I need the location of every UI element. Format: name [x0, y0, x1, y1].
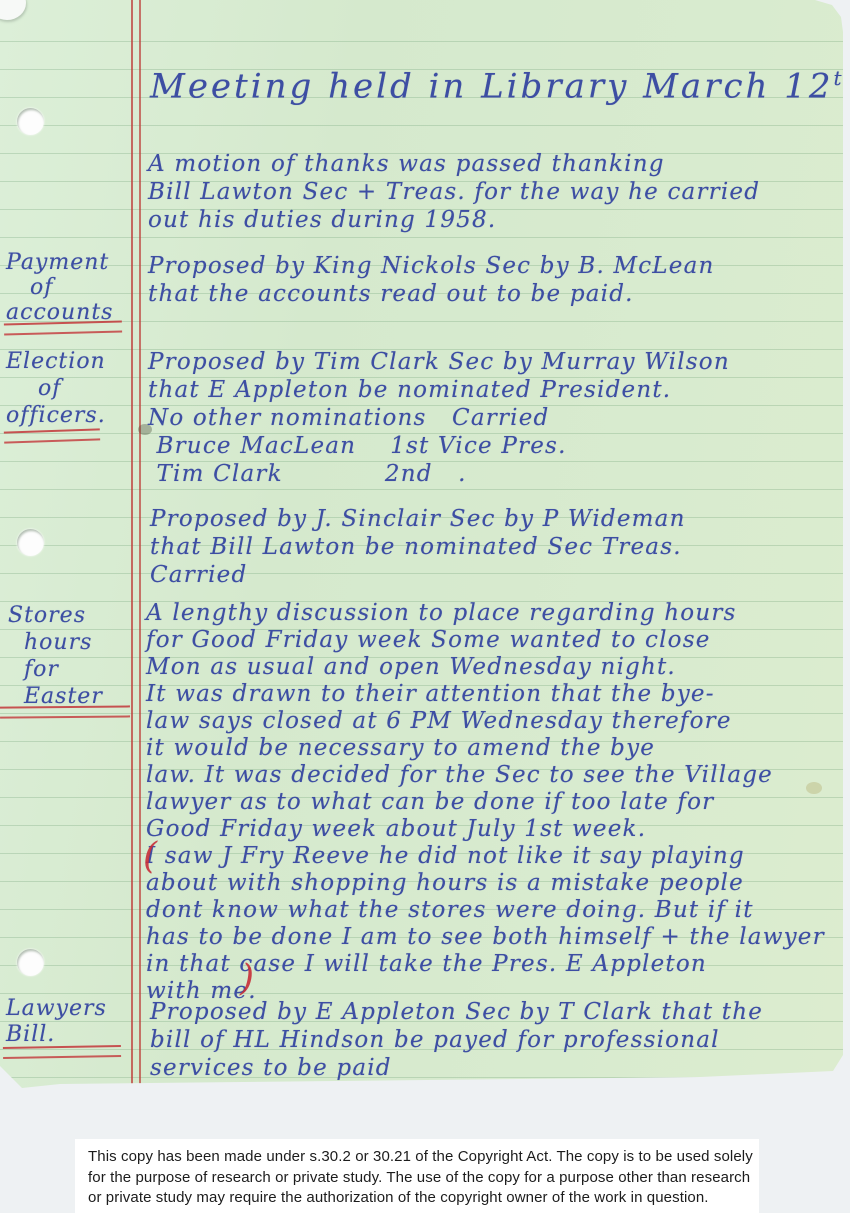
- text-line: Lawyers: [6, 996, 107, 1022]
- text-line: or private study may require the authori…: [88, 1188, 759, 1209]
- red-close-paren: ): [240, 958, 254, 999]
- text-line: lawyer as to what can be done if too lat…: [146, 789, 825, 816]
- text-line: for the purpose of research or private s…: [88, 1168, 759, 1189]
- text-line: dont know what the stores were doing. Bu…: [146, 897, 825, 924]
- margin-note-election-of-officers: Election ofofficers.: [6, 348, 106, 429]
- text-line: has to be done I am to see both himself …: [146, 924, 825, 951]
- punch-hole: [17, 949, 44, 976]
- margin-note-payment-of-accounts: Payment ofaccounts: [6, 250, 113, 325]
- text-line: officers.: [6, 402, 106, 429]
- text-line: Proposed by E Appleton Sec by T Clark th…: [150, 998, 763, 1026]
- section-election-of-officers: Proposed by Tim Clark Sec by Murray Wils…: [148, 348, 730, 488]
- section-lawyers-bill: Proposed by E Appleton Sec by T Clark th…: [150, 998, 763, 1082]
- title-superscript: th: [833, 66, 850, 90]
- text-line: Carried: [150, 561, 686, 589]
- text-line: Bill.: [6, 1022, 107, 1048]
- text-line: bill of HL Hindson be payed for professi…: [150, 1026, 763, 1054]
- text-line: Payment: [6, 250, 113, 275]
- page-title: Meeting held in Library March 12th 1959.: [150, 66, 850, 106]
- text-line: of: [6, 275, 113, 300]
- text-line: It was drawn to their attention that the…: [146, 681, 825, 708]
- section-stores-hours-for-easter: A lengthy discussion to place regarding …: [146, 600, 825, 1005]
- text-line: services to be paid: [150, 1054, 763, 1082]
- red-margin-line: [131, 0, 141, 1090]
- text-line: Stores: [8, 602, 103, 629]
- section-sec-treas-nomination: Proposed by J. Sinclair Sec by P Wideman…: [150, 505, 686, 589]
- text-line: Proposed by Tim Clark Sec by Murray Wils…: [148, 348, 730, 376]
- text-line: Election: [6, 348, 106, 375]
- text-line: Good Friday week about July 1st week.: [146, 816, 825, 843]
- text-line: Bruce MacLean 1st Vice Pres.: [148, 432, 730, 460]
- text-line: law. It was decided for the Sec to see t…: [146, 762, 825, 789]
- notebook-paper: Meeting held in Library March 12th 1959.…: [0, 0, 850, 1090]
- text-line: for: [8, 656, 103, 683]
- red-underline: [0, 705, 130, 718]
- text-line: I saw J Fry Reeve he did not like it say…: [146, 843, 825, 870]
- text-line: law says closed at 6 PM Wednesday theref…: [146, 708, 825, 735]
- text-line: hours: [8, 629, 103, 656]
- margin-note-lawyers-bill: LawyersBill.: [6, 996, 107, 1048]
- text-line: of: [6, 375, 106, 402]
- scanned-page: Meeting held in Library March 12th 1959.…: [0, 0, 850, 1213]
- text-line: A motion of thanks was passed thanking: [148, 150, 760, 178]
- section-motion-of-thanks: A motion of thanks was passed thankingBi…: [148, 150, 760, 234]
- text-line: that E Appleton be nominated President.: [148, 376, 730, 404]
- text-line: Tim Clark 2nd .: [148, 460, 730, 488]
- text-line: it would be necessary to amend the bye: [146, 735, 825, 762]
- text-line: out his duties during 1958.: [148, 206, 760, 234]
- text-line: A lengthy discussion to place regarding …: [146, 600, 825, 627]
- text-line: about with shopping hours is a mistake p…: [146, 870, 825, 897]
- text-line: Proposed by J. Sinclair Sec by P Wideman: [150, 505, 686, 533]
- section-payment-of-accounts: Proposed by King Nickols Sec by B. McLea…: [148, 252, 715, 308]
- text-line: No other nominations Carried: [148, 404, 730, 432]
- title-text: Meeting held in Library March 12: [150, 66, 833, 106]
- text-line: that Bill Lawton be nominated Sec Treas.: [150, 533, 686, 561]
- text-line: for Good Friday week Some wanted to clos…: [146, 627, 825, 654]
- text-line: Mon as usual and open Wednesday night.: [146, 654, 825, 681]
- punch-hole: [17, 529, 44, 556]
- margin-note-stores-hours-for-easter: Stores hours for Easter: [8, 602, 103, 710]
- text-line: Bill Lawton Sec + Treas. for the way he …: [148, 178, 760, 206]
- text-line: that the accounts read out to be paid.: [148, 280, 715, 308]
- text-line: This copy has been made under s.30.2 or …: [88, 1147, 759, 1168]
- text-line: Proposed by King Nickols Sec by B. McLea…: [148, 252, 715, 280]
- red-open-paren: (: [143, 836, 157, 877]
- copyright-notice: This copy has been made under s.30.2 or …: [75, 1139, 759, 1213]
- red-underline: [3, 1045, 121, 1059]
- punch-hole: [17, 108, 44, 135]
